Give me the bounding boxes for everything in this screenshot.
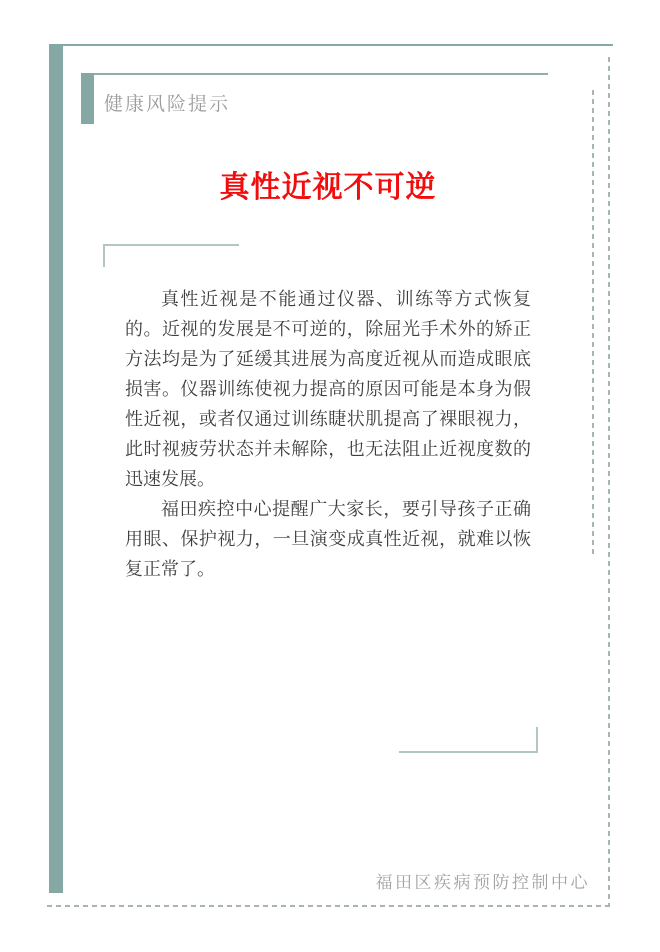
header-underline xyxy=(94,73,548,75)
corner-bracket-bottom-right xyxy=(399,727,538,753)
left-accent-bar xyxy=(49,44,63,893)
health-notice-poster: 健康风险提示 真性近视不可逆 真性近视是不能通过仪器、训练等方式恢复的。近视的发… xyxy=(0,0,660,952)
dashed-border-right xyxy=(608,57,610,906)
body-paragraph-2: 福田疾控中心提醒广大家长，要引导孩子正确用眼、保护视力，一旦演变成真性近视，就难… xyxy=(125,494,531,584)
page-title: 真性近视不可逆 xyxy=(125,162,531,206)
section-header-label: 健康风险提示 xyxy=(104,89,230,116)
dashed-line-right-inner xyxy=(592,90,594,558)
body-paragraph-1: 真性近视是不能通过仪器、训练等方式恢复的。近视的发展是不可逆的，除屈光手术外的矫… xyxy=(125,284,531,494)
header-accent-square xyxy=(81,73,94,124)
body-text-block: 真性近视是不能通过仪器、训练等方式恢复的。近视的发展是不可逆的，除屈光手术外的矫… xyxy=(125,284,531,584)
top-accent-line xyxy=(63,44,613,46)
footer-organization-name: 福田区疾病预防控制中心 xyxy=(376,868,591,893)
corner-bracket-top-left xyxy=(103,244,239,267)
dashed-border-bottom xyxy=(47,905,611,907)
